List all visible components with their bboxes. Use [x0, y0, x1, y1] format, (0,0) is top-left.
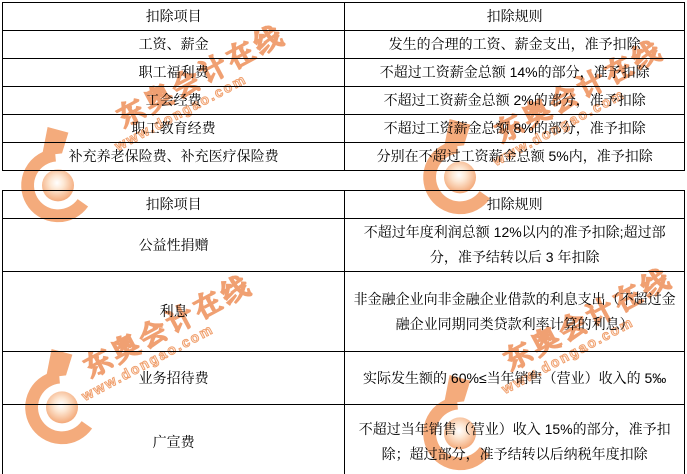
cell-rule: 非金融企业向非金融企业借款的利息支出（不超过金融企业同期同类贷款利率计算的利息） — [345, 272, 685, 352]
cell-item: 业务招待费 — [3, 352, 345, 405]
table-row: 利息 非金融企业向非金融企业借款的利息支出（不超过金融企业同期同类贷款利率计算的… — [3, 272, 685, 352]
page: 东奥会计在线 www.dongao.com 东奥会计在线 www.dongao.… — [0, 0, 687, 474]
cell-rule: 不超过工资薪金总额 8%的部分，准予扣除 — [345, 115, 685, 143]
table-row: 职工教育经费 不超过工资薪金总额 8%的部分，准予扣除 — [3, 115, 685, 143]
table-header-row: 扣除项目 扣除规则 — [3, 191, 685, 219]
cell-rule: 不超过当年销售（营业）收入 15%的部分，准予扣除；超过部分，准予结转以后纳税年… — [345, 405, 685, 474]
cell-item: 公益性捐赠 — [3, 219, 345, 272]
header-deduction-rule: 扣除规则 — [345, 3, 685, 31]
cell-rule: 分别在不超过工资薪金总额 5%内，准予扣除 — [345, 143, 685, 171]
table-row: 业务招待费 实际发生额的 60%≤当年销售（营业）收入的 5‰ — [3, 352, 685, 405]
salary-deduction-table: 扣除项目 扣除规则 工资、薪金 发生的合理的工资、薪金支出，准予扣除 职工福利费… — [2, 2, 685, 171]
table-row: 补充养老保险费、补充医疗保险费 分别在不超过工资薪金总额 5%内，准予扣除 — [3, 143, 685, 171]
table-row: 工资、薪金 发生的合理的工资、薪金支出，准予扣除 — [3, 31, 685, 59]
cell-item: 补充养老保险费、补充医疗保险费 — [3, 143, 345, 171]
header-deduction-rule: 扣除规则 — [345, 191, 685, 219]
cell-item: 工资、薪金 — [3, 31, 345, 59]
header-deduction-item: 扣除项目 — [3, 3, 345, 31]
cell-rule: 发生的合理的工资、薪金支出，准予扣除 — [345, 31, 685, 59]
cell-rule: 不超过工资薪金总额 14%的部分，准予扣除 — [345, 59, 685, 87]
table-row: 工会经费 不超过工资薪金总额 2%的部分，准予扣除 — [3, 87, 685, 115]
header-deduction-item: 扣除项目 — [3, 191, 345, 219]
cell-item: 广宣费 — [3, 405, 345, 474]
cell-item: 工会经费 — [3, 87, 345, 115]
cell-rule: 不超过年度利润总额 12%以内的准予扣除;超过部分，准予结转以后 3 年扣除 — [345, 219, 685, 272]
cell-rule: 不超过工资薪金总额 2%的部分，准予扣除 — [345, 87, 685, 115]
other-deduction-table: 扣除项目 扣除规则 公益性捐赠 不超过年度利润总额 12%以内的准予扣除;超过部… — [2, 190, 685, 474]
table-header-row: 扣除项目 扣除规则 — [3, 3, 685, 31]
table-row: 职工福利费 不超过工资薪金总额 14%的部分，准予扣除 — [3, 59, 685, 87]
cell-item: 利息 — [3, 272, 345, 352]
table-row: 广宣费 不超过当年销售（营业）收入 15%的部分，准予扣除；超过部分，准予结转以… — [3, 405, 685, 474]
cell-item: 职工教育经费 — [3, 115, 345, 143]
table-row: 公益性捐赠 不超过年度利润总额 12%以内的准予扣除;超过部分，准予结转以后 3… — [3, 219, 685, 272]
cell-item: 职工福利费 — [3, 59, 345, 87]
cell-rule: 实际发生额的 60%≤当年销售（营业）收入的 5‰ — [345, 352, 685, 405]
